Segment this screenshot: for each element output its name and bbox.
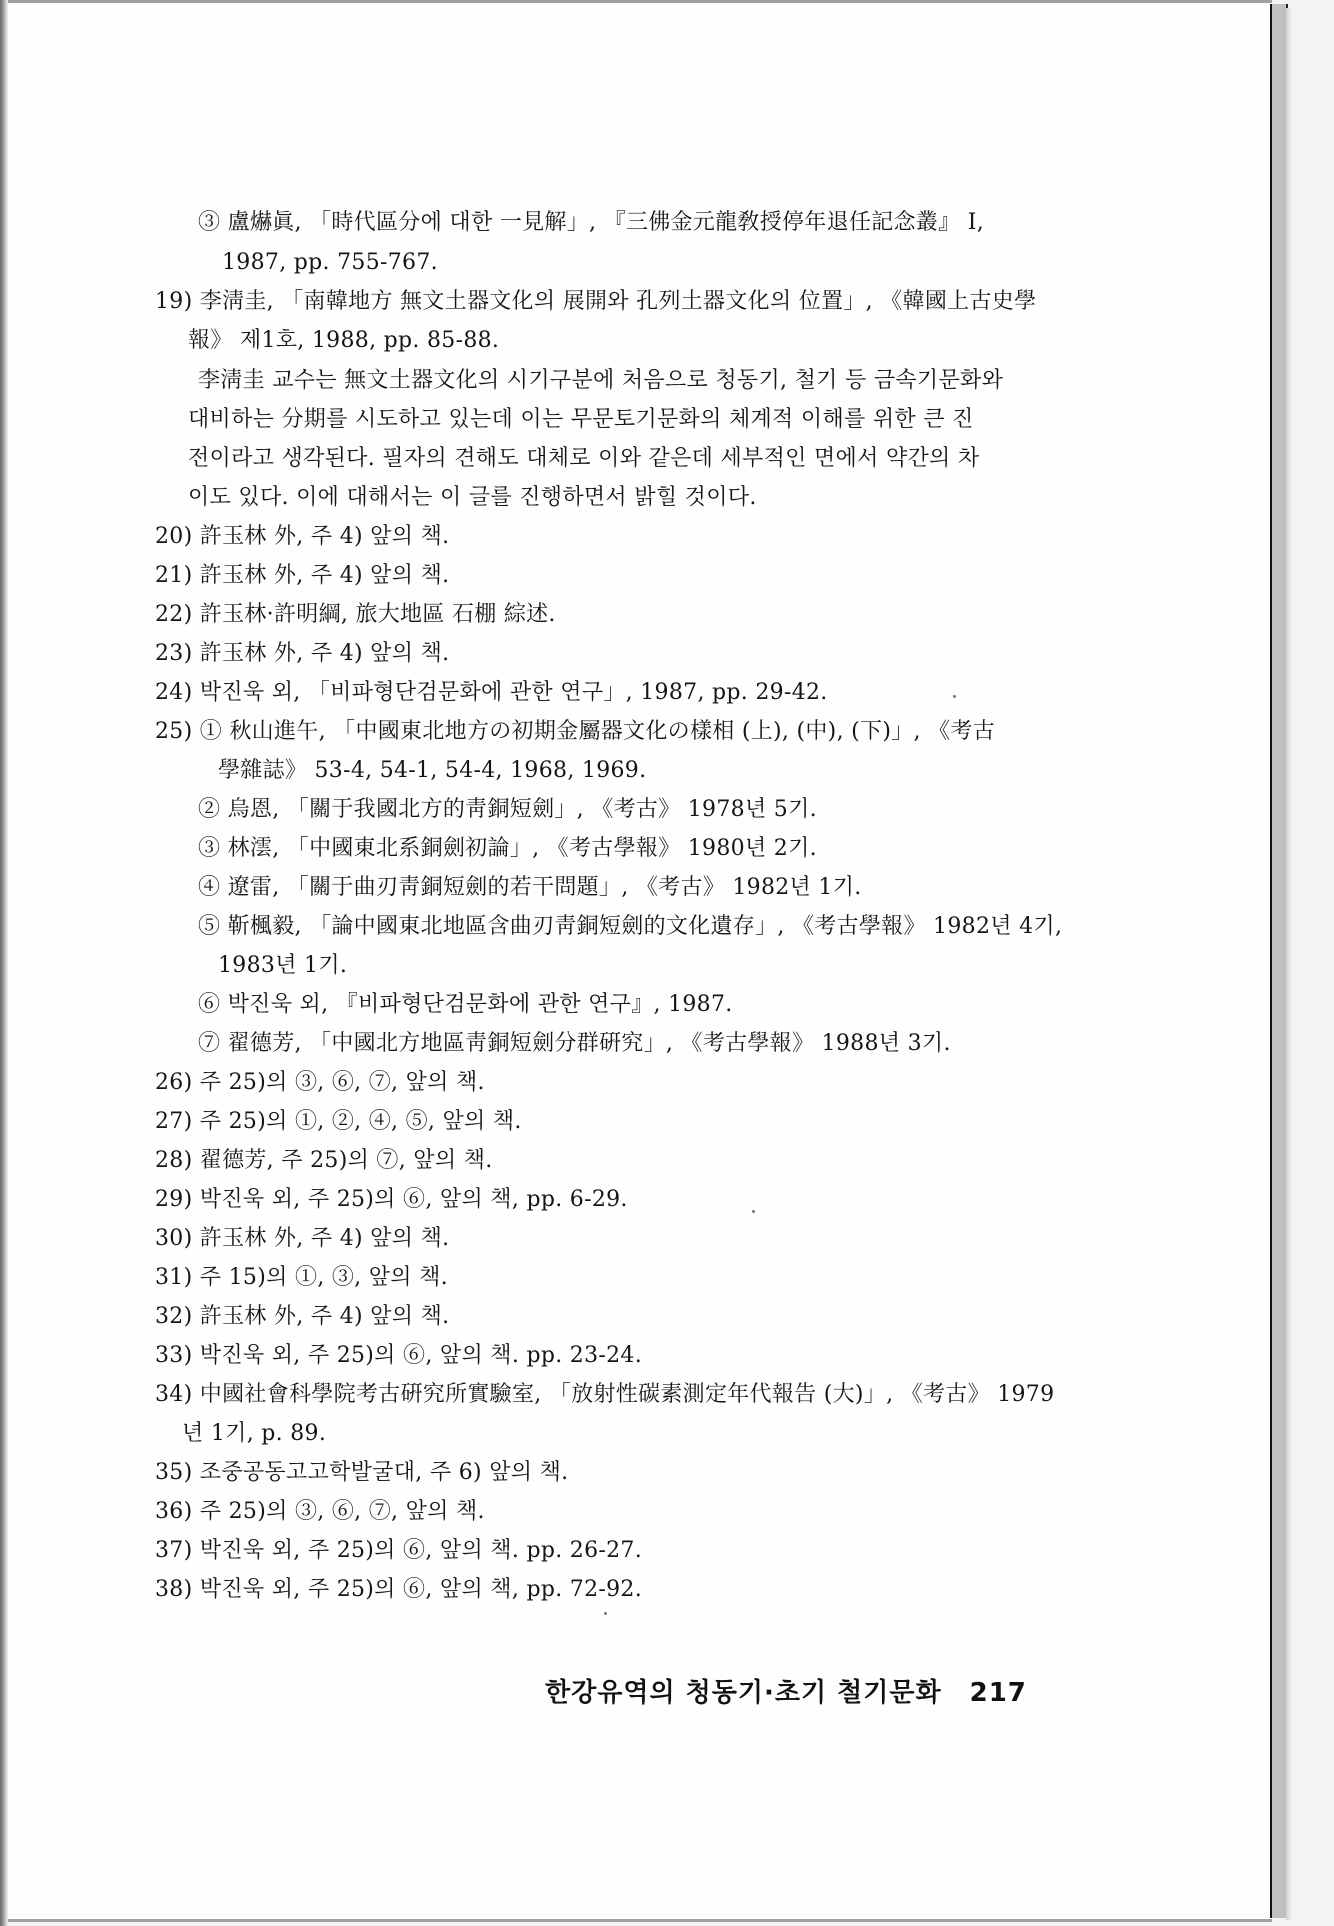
footnote-line: 28) 翟德芳, 주 25)의 ⑦, 앞의 책. — [155, 1146, 493, 1176]
footnote-line: 이도 있다. 이에 대해서는 이 글를 진행하면서 밝힐 것이다. — [188, 483, 757, 513]
footnote-line: 38) 박진욱 외, 주 25)의 ⑥, 앞의 책, pp. 72-92. — [155, 1575, 642, 1605]
footnote-line: 1983년 1기. — [218, 951, 347, 981]
footnote-line: 學雜誌》 53-4, 54-1, 54-4, 1968, 1969. — [218, 756, 646, 786]
page-shadow — [1286, 8, 1292, 1920]
footnote-line: ③ 盧爀眞, 「時代區分에 대한 一見解」, 『三佛金元龍敎授停年退任記念叢』 … — [198, 208, 984, 238]
footnote-line: 35) 조중공동고고학발굴대, 주 6) 앞의 책. — [155, 1458, 568, 1488]
footnote-line: 37) 박진욱 외, 주 25)의 ⑥, 앞의 책. pp. 26-27. — [155, 1536, 642, 1566]
footnote-line: ② 烏恩, 「關于我國北方的靑銅短劍」, 《考古》 1978년 5기. — [198, 795, 817, 825]
footnote-line: 25) ① 秋山進午, 「中國東北地方の初期金屬器文化の樣相 (上), (中),… — [155, 717, 995, 747]
footnote-line: 李淸圭 교수는 無文土器文化의 시기구분에 처음으로 청동기, 철기 등 금속기… — [198, 366, 1003, 396]
footnote-line: 전이라고 생각된다. 필자의 견해도 대체로 이와 같은데 세부적인 면에서 약… — [188, 444, 979, 474]
footnote-line: 27) 주 25)의 ①, ②, ④, ⑤, 앞의 책. — [155, 1107, 522, 1137]
footnote-line: ④ 遼雷, 「關于曲刃靑銅短劍的若干問題」, 《考古》 1982년 1기. — [198, 873, 862, 903]
footnote-line: 년 1기, p. 89. — [182, 1419, 326, 1449]
footnote-line: 34) 中國社會科學院考古硏究所實驗室, 「放射性碳素測定年代報告 (大)」, … — [155, 1380, 1054, 1410]
footnote-line: ⑦ 翟德芳, 「中國北方地區靑銅短劍分群硏究」, 《考古學報》 1988년 3기… — [198, 1029, 951, 1059]
footnote-line: 36) 주 25)의 ③, ⑥, ⑦, 앞의 책. — [155, 1497, 485, 1527]
footnote-line: 22) 許玉林·許明綱, 旅大地區 石棚 綜述. — [155, 600, 556, 630]
running-footer-title: 한강유역의 청동기·초기 철기문화 — [545, 1678, 942, 1708]
footnote-line: 33) 박진욱 외, 주 25)의 ⑥, 앞의 책. pp. 23-24. — [155, 1341, 642, 1371]
footnotes-body: ③ 盧爀眞, 「時代區分에 대한 一見解」, 『三佛金元龍敎授停年退任記念叢』 … — [0, 0, 1272, 1920]
footnote-line: 23) 許玉林 外, 주 4) 앞의 책. — [155, 639, 449, 669]
scan-speck — [953, 695, 956, 698]
page-number: 217 — [970, 1678, 1027, 1708]
footnote-line: 19) 李淸圭, 「南韓地方 無文土器文化의 展開와 孔列土器文化의 位置」, … — [155, 287, 1036, 317]
footnote-line: 24) 박진욱 외, 「비파형단검문화에 관한 연구」, 1987, pp. 2… — [155, 678, 828, 708]
footnote-line: 26) 주 25)의 ③, ⑥, ⑦, 앞의 책. — [155, 1068, 485, 1098]
footnote-line: 20) 許玉林 外, 주 4) 앞의 책. — [155, 522, 449, 552]
footnote-line: ⑥ 박진욱 외, 『비파형단검문화에 관한 연구』, 1987. — [198, 990, 733, 1020]
scan-speck — [752, 1210, 755, 1213]
page-footer: 한강유역의 청동기·초기 철기문화217 — [545, 1672, 1027, 1709]
footnote-line: 32) 許玉林 外, 주 4) 앞의 책. — [155, 1302, 449, 1332]
footnote-line: 대비하는 分期를 시도하고 있는데 이는 무문토기문화의 체계적 이해를 위한 … — [188, 405, 974, 435]
scan-speck — [604, 1612, 607, 1615]
footnote-line: 29) 박진욱 외, 주 25)의 ⑥, 앞의 책, pp. 6-29. — [155, 1185, 628, 1215]
footnote-line: 21) 許玉林 外, 주 4) 앞의 책. — [155, 561, 449, 591]
footnote-line: 報》 제1호, 1988, pp. 85-88. — [188, 326, 499, 356]
footnote-line: ⑤ 靳楓毅, 「論中國東北地區含曲刃靑銅短劍的文化遺存」, 《考古學報》 198… — [198, 912, 1062, 942]
footnote-line: 1987, pp. 755-767. — [222, 248, 438, 278]
footnote-line: 30) 許玉林 外, 주 4) 앞의 책. — [155, 1224, 449, 1254]
footnote-line: ③ 林澐, 「中國東北系銅劍初論」, 《考古學報》 1980년 2기. — [198, 834, 817, 864]
footnote-line: 31) 주 15)의 ①, ③, 앞의 책. — [155, 1263, 448, 1293]
